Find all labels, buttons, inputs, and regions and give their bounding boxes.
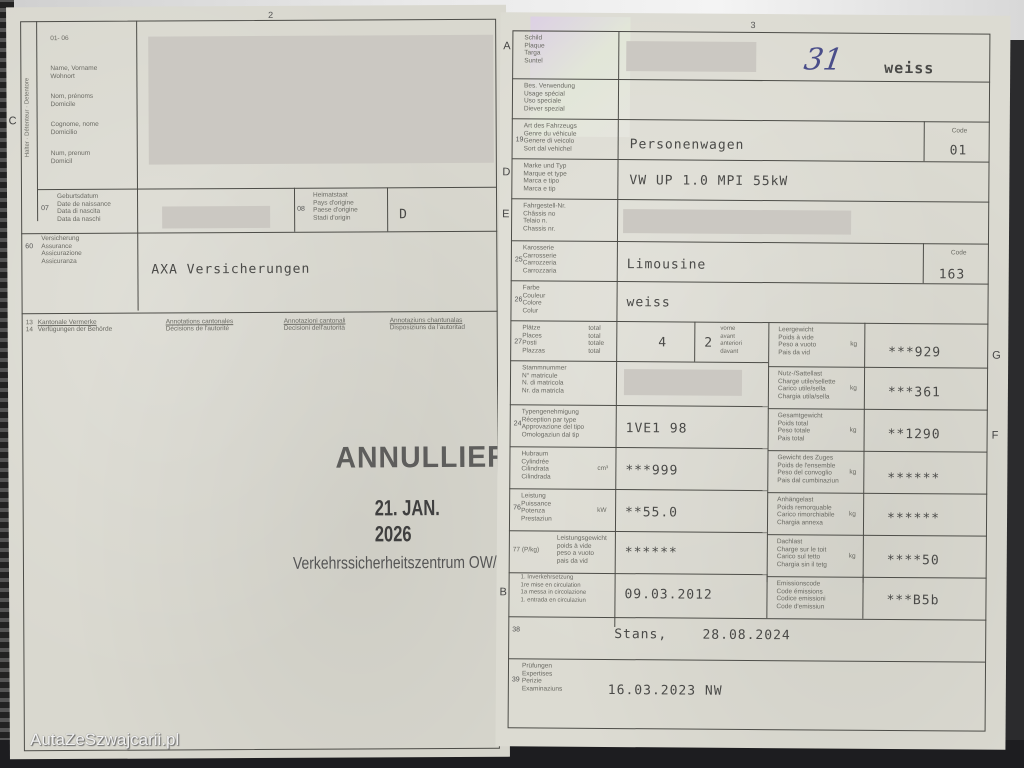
annotations-col3-sub: Decisioni dell'autorità: [284, 325, 345, 333]
colour-value: weiss: [626, 295, 670, 310]
displacement-value: ***999: [625, 463, 678, 478]
emission-code-label: Emissionscode Code émissions Codice emis…: [776, 580, 825, 610]
vehicle-type-field-number: 19: [516, 136, 524, 143]
inspection-label: Prüfungen Expertises Perizie Examinaziun…: [522, 662, 563, 692]
emission-code-value: ***B5b: [886, 593, 939, 608]
birth-date-label: Geburtsdatum Date de naissance Data di n…: [57, 193, 111, 223]
power-weight-field-number: 77 (P/kg): [513, 546, 539, 554]
type-approval-field-number: 24: [514, 420, 522, 427]
seats-total-value: 4: [658, 335, 667, 350]
first-registration-label: 1. Inverkehrsetzung 1re mise en circulat…: [520, 574, 586, 604]
body-value: Limousine: [627, 257, 707, 273]
plate-label: Schild Plaque Targa Suntel: [524, 34, 544, 64]
matricule-redacted: [624, 369, 742, 396]
row-letter-g: G: [992, 350, 1001, 362]
birth-field-number: 07: [41, 205, 49, 212]
page-number: 3: [750, 20, 755, 30]
power-weight-value: ******: [625, 545, 678, 560]
chassis-label: Fahrgestell-Nr. Châssis no Telaio n. Cha…: [523, 202, 566, 232]
stamp-organization: Verkehrssicherheitszentrum OW/NW: [293, 553, 520, 574]
holder-name-redacted: [148, 35, 494, 165]
annotations-col4-sub: Disposiziuns da l'autoritad: [390, 324, 465, 332]
roof-load-unit: kg: [849, 553, 856, 561]
plate-redacted: [626, 41, 756, 72]
vehicle-type-value: Personenwagen: [630, 137, 745, 153]
right-page-frame: [508, 30, 991, 731]
empty-weight-label: Leergewicht Poids à vide Peso a vuoto Pa…: [778, 326, 816, 356]
origin-label: Heimatstaat Pays d'origine Paese d'origi…: [313, 191, 358, 221]
divider: [294, 188, 295, 232]
make-model-value: VW UP 1.0 MPI 55kW: [629, 173, 788, 189]
matricule-label: Stammnummer N° matricule N. di matricola…: [522, 364, 567, 394]
roof-load-value: ****50: [887, 553, 940, 568]
seats-label: Plätze Places Posti Plazzas: [522, 324, 545, 354]
row-letter-f: F: [992, 430, 999, 442]
body-code: 163: [939, 267, 966, 282]
displacement-label: Hubraum Cylindrée Cilindrata Cilindrada: [521, 450, 550, 480]
insurance-label: Versicherung Assurance Assicurazione Ass…: [41, 235, 82, 265]
annotations-col2-sub: Décisions de l'autorité: [166, 325, 229, 333]
annotations-number-14: 14: [26, 326, 33, 334]
holder-label-rm: Num, prenum Domicil: [51, 150, 90, 165]
displacement-unit: cm³: [597, 465, 608, 473]
chassis-redacted: [623, 209, 851, 235]
row-letter-b: B: [499, 586, 506, 598]
birth-date-redacted: [162, 206, 270, 229]
body-code-label: Code: [951, 249, 967, 257]
train-weight-unit: kg: [849, 469, 856, 477]
special-use-label: Bes. Verwendung Usage spécial Uso specia…: [524, 82, 575, 112]
train-weight-value: ******: [887, 471, 940, 486]
divider: [387, 187, 388, 231]
total-weight-unit: kg: [850, 427, 857, 435]
row-letter-d: D: [502, 166, 510, 178]
power-label: Leistung Puissance Potenza Prestaziun: [521, 492, 552, 522]
issue-place-date: Stans, 28.08.2024: [614, 627, 791, 643]
holder-field-number: 01- 06: [50, 35, 68, 43]
power-weight-label: Leistungsgewicht poids à vide peso a vuo…: [557, 535, 607, 565]
first-registration-value: 09.03.2012: [624, 587, 712, 603]
inspection-field-number: 39: [512, 676, 520, 683]
colour-field-number: 26: [515, 296, 523, 303]
type-approval-value: 1VE1 98: [626, 421, 688, 436]
payload-value: ***361: [888, 385, 941, 400]
seats-sublabel: total total totale total: [588, 325, 604, 355]
seats-front-value: 2: [704, 336, 713, 351]
insurance-field-number: 60: [25, 243, 33, 250]
section-letter-c: C: [9, 115, 17, 127]
insurance-value: AXA Versicherungen: [151, 262, 310, 278]
vehicle-type-label: Art des Fahrzeugs Genre du véhicule Gene…: [524, 122, 577, 152]
total-weight-value: **1290: [888, 427, 941, 442]
stamp-date: 21. JAN. 2026: [375, 495, 476, 548]
plate-color-value: weiss: [884, 59, 934, 77]
annotations-col1-sub: Verfügungen der Behörde: [38, 326, 112, 334]
holder-label-it: Cognome, nome Domicilio: [51, 121, 99, 136]
inspection-value: 16.03.2023 NW: [608, 683, 723, 699]
row-letter-a: A: [503, 40, 510, 52]
body-label: Karosserie Carrosserie Carrozzeria Carro…: [523, 244, 557, 274]
trailer-load-label: Anhängelast Poids remorquable Carico rim…: [777, 496, 835, 526]
seats-front-label: vorne avant anteriori davant: [720, 326, 742, 356]
registration-right-page: 3 A Schild Plaque Targa Suntel 31 weiss …: [495, 12, 1010, 750]
body-field-number: 25: [515, 256, 523, 263]
power-value: **55.0: [625, 505, 678, 520]
holder-label-de: Name, Vorname Wohnort: [50, 65, 97, 80]
colour-label: Farbe Couleur Colore Colur: [522, 284, 545, 314]
empty-weight-value: ***929: [888, 345, 941, 360]
payload-unit: kg: [850, 385, 857, 393]
type-approval-label: Typengenehmigung Réception par type Appr…: [522, 408, 585, 438]
registration-left-page: 2 C Halter · Détenteur · Detentore 01- 0…: [6, 5, 510, 760]
issue-field-number: 38: [512, 626, 520, 633]
holder-side-label: Halter · Détenteur · Detentore: [24, 78, 32, 157]
roof-load-label: Dachlast Charge sur le toit Carico sul t…: [777, 538, 827, 568]
vehicle-type-code: 01: [950, 143, 968, 158]
watermark: AutaZeSzwajcarii.pl: [30, 730, 179, 750]
empty-weight-unit: kg: [850, 341, 857, 349]
make-model-label: Marke und Typ Marque et type Marca e tip…: [523, 162, 567, 192]
total-weight-label: Gesamtgewicht Poids total Peso totale Pa…: [778, 412, 823, 442]
seats-field-number: 27: [514, 338, 522, 345]
power-unit: kW: [597, 507, 606, 515]
row-letter-e: E: [502, 208, 509, 220]
origin-field-number: 08: [297, 206, 305, 213]
holder-label-fr: Nom, prénoms Domicile: [50, 93, 93, 108]
train-weight-label: Gewicht des Zuges Poids de l'ensemble Pe…: [777, 454, 839, 484]
power-field-number: 76: [513, 504, 521, 511]
page-number: 2: [268, 10, 273, 20]
trailer-load-value: ******: [887, 511, 940, 526]
payload-label: Nutz-/Sattellast Charge utile/sellette C…: [778, 370, 836, 400]
origin-value: D: [399, 207, 408, 222]
trailer-load-unit: kg: [849, 511, 856, 519]
vehicle-type-code-label: Code: [952, 127, 968, 135]
handwritten-note: 31: [802, 42, 845, 77]
